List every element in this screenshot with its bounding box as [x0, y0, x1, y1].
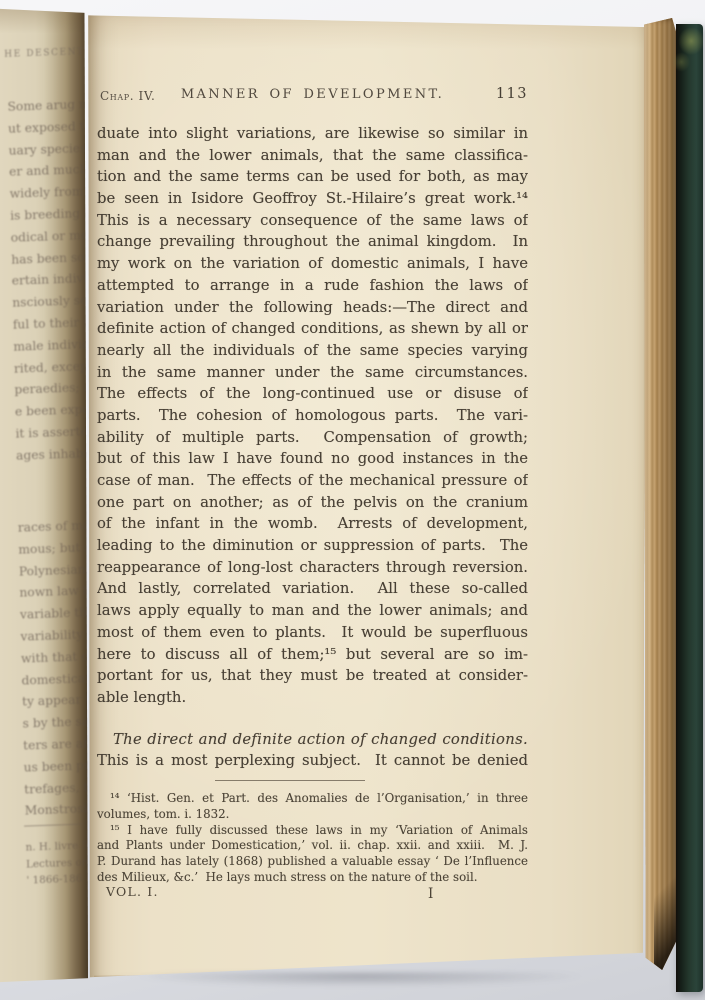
footnotes: ¹⁴ ‘Hist. Gen. et Part. des Anomalies de…: [97, 791, 528, 886]
faded-text-line: odical or memeio: [10, 225, 93, 250]
book-photo: HE DESCENT OF M Some arug mut exposed to…: [0, 0, 705, 1000]
faded-text-line: races of man, sim: [18, 515, 101, 540]
body-line: man and the lower animals, that the same…: [97, 145, 528, 167]
volume-label: VOL. I.: [106, 884, 159, 899]
body-line: nearly all the individuals of the same s…: [97, 340, 528, 362]
faded-text-line: rited, except in t: [14, 355, 97, 380]
book-shadow: [60, 972, 660, 994]
body-line: most of them even to plants. It would be…: [97, 622, 528, 644]
body-line: This is a most perplexing subject. It ca…: [97, 750, 528, 772]
body-line: This is a necessary consequence of the s…: [97, 210, 528, 232]
page-footer: VOL. I. I: [97, 884, 528, 904]
body-line: in the same manner under the same circum…: [97, 362, 528, 384]
body-line: but of this law I have found no good ins…: [97, 448, 528, 470]
body-line: And lastly, correlated variation. All th…: [97, 578, 528, 600]
body-line: definite action of changed conditions, a…: [97, 318, 528, 340]
faded-text-line: it is asserted that: [15, 421, 98, 446]
body-line: portant for us, that they must be treate…: [97, 665, 528, 687]
faded-text-line: e been expected: [15, 399, 98, 424]
body-text: duate into slight variations, are likewi…: [97, 123, 528, 772]
faded-text-line: uary species whi: [8, 137, 91, 162]
body-line: attempted to arrange in a rude fashion t…: [97, 275, 528, 297]
footnote-line: P. Durand has lately (1868) published a …: [97, 854, 528, 870]
body-line: of the infant in the womb. Arrests of de…: [97, 513, 528, 535]
faded-text-line: ful to their ma: [13, 312, 96, 337]
book-cover: [676, 24, 703, 992]
faded-text-line: ertain individuals: [12, 268, 95, 293]
body-line: one part on another; as of the pelvis on…: [97, 492, 528, 514]
body-line: laws apply equally to man and the lower …: [97, 600, 528, 622]
faded-text-line: peraedies; and a t: [14, 377, 97, 402]
body-line: reappearance of long-lost characters thr…: [97, 557, 528, 579]
page-edge-stack: [644, 18, 677, 970]
footnote-line: and Plants under Domestication,’ vol. ii…: [97, 838, 528, 854]
page-header: Chap. IV. MANNER OF DEVELOPMENT. 113: [97, 86, 528, 104]
body-line: my work on the variation of domestic ani…: [97, 253, 528, 275]
faded-text-line: Some arug m: [7, 94, 90, 119]
body-line: leading to the diminution or suppression…: [97, 535, 528, 557]
body-line: case of man. The effects of the mechanic…: [97, 470, 528, 492]
facing-text-block-top: Some arug mut exposed to muary species w…: [7, 94, 99, 467]
body-line: here to discuss all of them;¹⁵ but sever…: [97, 644, 528, 666]
running-head: MANNER OF DEVELOPMENT.: [97, 87, 528, 102]
faded-text-line: widely from or e: [9, 181, 92, 206]
footnote-line: ¹⁵ I have fully discussed these laws in …: [97, 823, 528, 839]
signature-mark: I: [428, 886, 434, 902]
book-page: Chap. IV. MANNER OF DEVELOPMENT. 113 dua…: [86, 10, 648, 988]
faded-text-line: er and much m: [9, 159, 92, 184]
body-line: duate into slight variations, are likewi…: [97, 123, 528, 145]
body-line: The direct and definite action of change…: [97, 729, 528, 751]
faded-text-line: ut exposed to m: [8, 116, 91, 141]
facing-page-edge: HE DESCENT OF M Some arug mut exposed to…: [0, 4, 88, 986]
body-line: ability of multiple parts. Compensation …: [97, 427, 528, 449]
body-line: variation under the following heads:—The…: [97, 297, 528, 319]
body-line: The effects of the long-continued use or…: [97, 383, 528, 405]
faded-text-line: is breeding ha ae: [10, 203, 93, 228]
facing-footnote-divider: [24, 824, 82, 827]
body-line: be seen in Isidore Geoffroy St.-Hilaire’…: [97, 188, 528, 210]
page-number: 113: [496, 86, 528, 102]
faded-text-line: male individuals be: [13, 334, 96, 359]
body-line: able length.: [97, 687, 528, 709]
footnote-line: volumes, tom. i. 1832.: [97, 807, 528, 823]
footnote-line: ¹⁴ ‘Hist. Gen. et Part. des Anomalies de…: [97, 791, 528, 807]
body-line: change prevailing throughout the animal …: [97, 231, 528, 253]
faded-text-line: nsciously selected: [12, 290, 95, 315]
faded-text-line: mous; but some: [18, 537, 101, 562]
faded-text-line: has been so em: [11, 246, 94, 271]
body-line: tion and the same terms can be used for …: [97, 166, 528, 188]
faded-text-line: ages inhabited by: [16, 443, 99, 468]
cover-wear-mark: [672, 26, 703, 76]
footnote-divider: [215, 780, 365, 781]
body-line: parts. The cohesion of homologous parts.…: [97, 405, 528, 427]
